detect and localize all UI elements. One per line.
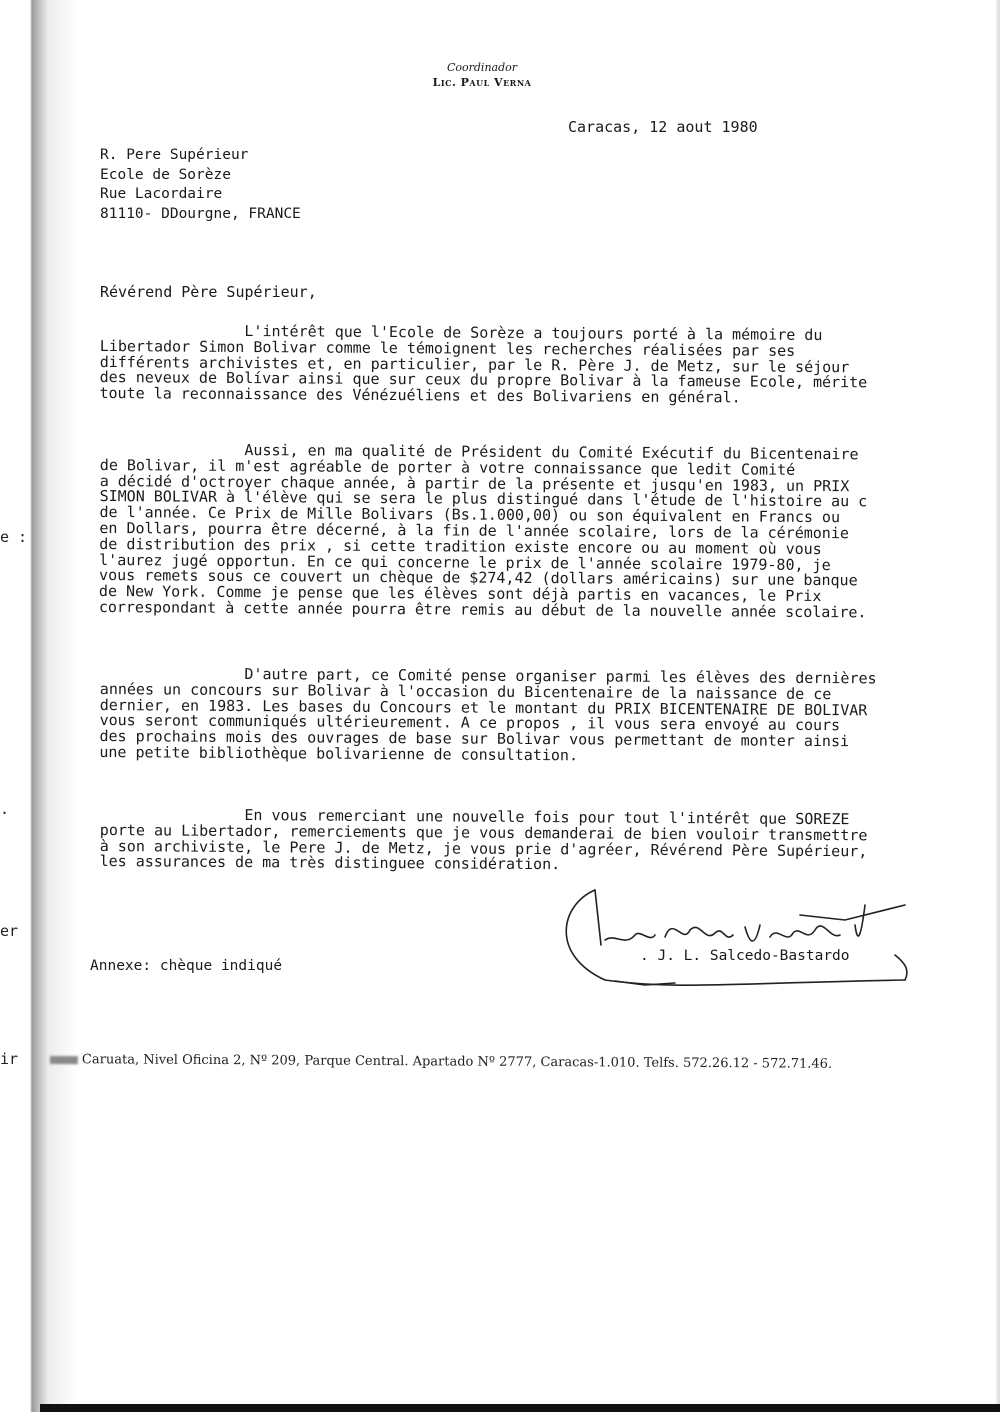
scan-right-edge	[996, 0, 1000, 1412]
address-line: 81110- DDourgne, FRANCE	[100, 205, 301, 225]
scan-bottom-edge	[40, 1404, 1000, 1412]
letterhead-name: Lic. Paul Verna	[422, 76, 542, 90]
letterhead: Coordinador Lic. Paul Verna	[422, 60, 542, 90]
smudge-mark	[50, 1055, 78, 1063]
margin-fragment: e :	[0, 528, 27, 546]
salutation: Révérend Père Supérieur,	[100, 283, 317, 301]
footer-address: Caruata, Nivel Oficina 2, Nº 209, Parque…	[82, 1052, 832, 1072]
scan-page-shadow	[48, 0, 78, 1412]
annex-note: Annexe: chèque indiqué	[90, 958, 282, 974]
body-paragraph-1: L'intérêt que l'Ecole de Sorèze a toujou…	[99, 323, 925, 408]
letterhead-role: Coordinador	[422, 60, 542, 76]
signature-block: . J. L. Salcedo-Bastardo	[555, 885, 915, 990]
signer-name: . J. L. Salcedo-Bastardo	[640, 948, 850, 964]
letterhead-footer: Caruata, Nivel Oficina 2, Nº 209, Parque…	[50, 1052, 832, 1072]
body-paragraph-2: Aussi, en ma qualité de Président du Com…	[99, 442, 925, 622]
address-line: Rue Lacordaire	[100, 185, 301, 205]
handwritten-signature-icon	[555, 885, 915, 990]
scan-binding-shadow	[0, 0, 48, 1412]
recipient-address: R. Pere Supérieur Ecole de Sorèze Rue La…	[100, 146, 301, 224]
margin-fragment: er	[0, 922, 18, 940]
margin-fragment: .	[0, 800, 9, 818]
margin-fragment: ir	[0, 1050, 18, 1068]
body-paragraph-3: D'autre part, ce Comité pense organiser …	[99, 666, 925, 767]
address-line: Ecole de Sorèze	[100, 166, 301, 186]
address-line: R. Pere Supérieur	[100, 146, 301, 166]
date-line: Caracas, 12 aout 1980	[568, 118, 758, 136]
body-paragraph-4: En vous remerciant une nouvelle fois pou…	[100, 807, 925, 876]
body-line: correspondant à cette année pourra être …	[99, 600, 924, 622]
